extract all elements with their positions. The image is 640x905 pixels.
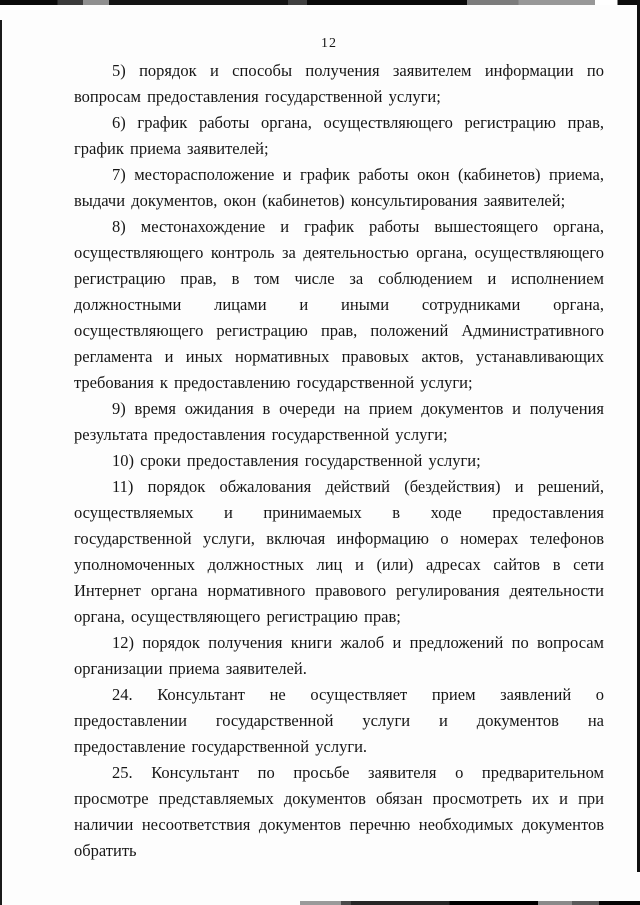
paragraph-item-10: 10) сроки предоставления государственной… bbox=[74, 448, 604, 474]
paragraph-item-11: 11) порядок обжалования действий (бездей… bbox=[74, 474, 604, 630]
scan-artifact-top-bar bbox=[0, 0, 640, 5]
paragraph-item-5: 5) порядок и способы получения заявителе… bbox=[74, 58, 604, 110]
paragraph-clause-25: 25. Консультант по просьбе заявителя о п… bbox=[74, 760, 604, 864]
page-number: 12 bbox=[0, 36, 640, 52]
paragraph-item-9: 9) время ожидания в очереди на прием док… bbox=[74, 396, 604, 448]
paragraph-item-8: 8) местонахождение и график работы вышес… bbox=[74, 214, 604, 396]
paragraph-item-7: 7) месторасположение и график работы око… bbox=[74, 162, 604, 214]
paragraph-item-12: 12) порядок получения книги жалоб и пред… bbox=[74, 630, 604, 682]
scan-artifact-left-edge-line bbox=[0, 20, 2, 905]
paragraph-clause-24: 24. Консультант не осуществляет прием за… bbox=[74, 682, 604, 760]
scan-artifact-bottom-bar bbox=[300, 901, 640, 905]
paragraph-item-6: 6) график работы органа, осуществляющего… bbox=[74, 110, 604, 162]
document-body: 5) порядок и способы получения заявителе… bbox=[74, 58, 604, 864]
scanned-document-page: 12 5) порядок и способы получения заявит… bbox=[0, 0, 640, 905]
